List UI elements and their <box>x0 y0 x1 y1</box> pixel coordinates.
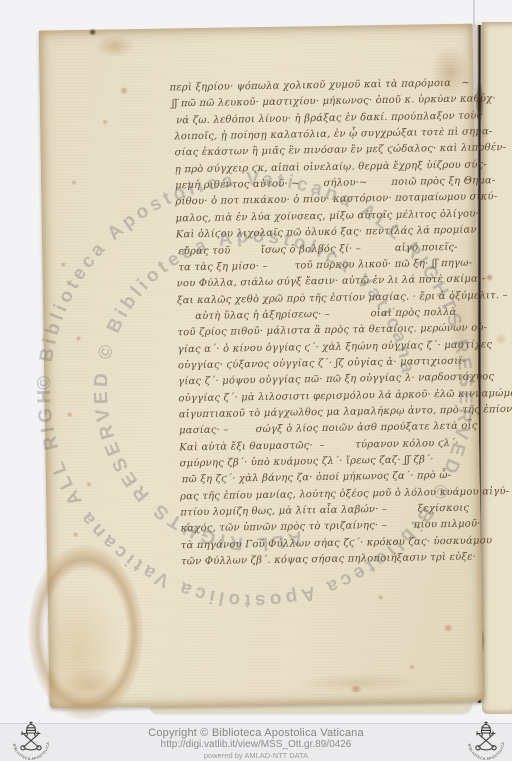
manuscript-line: λοιποῖς, ᾐ ποίησῃ καλατόλια, ἐν ᾧ συγχρώ… <box>174 127 492 142</box>
papal-tiara-icon <box>27 722 36 738</box>
water-stain-ring <box>27 544 145 721</box>
page-separation-line <box>473 0 475 27</box>
manuscript-line: αὐτὴ ὕλας ἡ ἀξηρίσεως· – οἰαὶ πρὸς πολλὰ <box>195 308 457 322</box>
manuscript-line: Καὶ αὐτὰ ἔξι θαυμαστῶς· – τύρανον κόλου … <box>179 439 459 453</box>
manuscript-line: καχός, τῶν ὑπνῶν πρὸς τὸ τριζαίνης· – πί… <box>181 520 481 535</box>
water-stain <box>35 584 122 720</box>
foxing-spot <box>120 87 129 94</box>
manuscript-line: νά ζω. λεθόποι λίνου· ἡ βράξας ἐν δακί. … <box>176 111 482 126</box>
foxing-spot <box>378 595 384 600</box>
manuscript-line: πτίου λομίζη θως, μὰ λίτι αἷα λαβών· – ξ… <box>180 504 469 519</box>
footer-copyright-text: Copyright © Biblioteca Apostolica Vatica… <box>0 727 512 739</box>
crossed-keys-icon <box>476 732 496 750</box>
ink-blot <box>89 29 97 36</box>
foxing-spot <box>102 119 108 124</box>
manuscript-line: περὶ ξηρίου· ψόπωλα χολικοῦ χυμοῦ καὶ τὰ… <box>169 79 470 94</box>
foxing-spot <box>349 685 363 692</box>
stain <box>95 35 135 58</box>
greek-text-block: περὶ ξηρίου· ψόπωλα χολικοῦ χυμοῦ καὶ τὰ… <box>39 24 473 31</box>
manuscript-page: περὶ ξηρίου· ψόπωλα χολικοῦ χυμοῦ καὶ τὰ… <box>39 24 484 709</box>
papal-tiara-icon <box>482 722 491 738</box>
stain <box>299 673 419 693</box>
vatican-library-stamp-left: BIBLIOTECA APOSTOLICA VATICANA <box>9 721 53 761</box>
manuscript-line: εὔρας τοῦ ἴσως ὁ βολβός ξί· – αἰγό ποιεῖ… <box>178 242 458 256</box>
manuscript-line: μασίας· – σώγξ ὁ λίος ποιῶν ἀσθ προύξατε… <box>179 422 478 437</box>
manuscript-line: οὐγγίας ζ΄· μὰ λιλοσιστι φερισμόλου λά ἀ… <box>178 388 512 404</box>
manuscript-line: σμύρνης ζβ΄· ὑπὸ κυάμους ζλ΄· ἴρεως ζαζ·… <box>179 455 433 469</box>
foxing-spot <box>75 336 81 341</box>
manuscript-line: γίας ζ΄· μόψου οὐγγίας πῶ· πῶ ξη οὐγγίας… <box>178 373 494 388</box>
manuscript-line: σίας ἑκάστων ἢ μιᾶς ἓν πινόσαν ἓν μεζ ϛώ… <box>175 143 507 158</box>
manuscript-line: αἰγυπτιακοῦ τὸ μάγχωλθος μα λαμαλήκρῳ ἀν… <box>179 405 512 420</box>
manuscript-line: ρίθου· ὁ ποτ πικάκου· ὁ πίου· καστόριον·… <box>175 193 497 208</box>
foxing-spot <box>443 624 453 632</box>
stain <box>431 46 470 99</box>
stain <box>494 334 508 344</box>
footer-powered-by: powered by AMLAD·NTT DATA <box>0 751 512 760</box>
foxing-spot <box>71 180 77 185</box>
manuscript-line: πῶ ξη ζϛ΄· χὰλ βάνης ζα· ὀποί μήκωνος ζα… <box>182 471 452 485</box>
manuscript-line: ρας τῆς ἐπίου μανίας, λούτης ὀξέος μοῦ ὁ… <box>180 487 509 502</box>
foxing-spot <box>73 532 79 537</box>
foxing-spot <box>60 262 66 267</box>
digitized-manuscript-viewer-image: περὶ ξηρίου· ψόπωλα χολικοῦ χυμοῦ καὶ τὰ… <box>0 0 512 761</box>
manuscript-line: τῶν Φύλλων ζβ΄. κόψας σήσας πηλοποιήξασι… <box>181 553 476 568</box>
manuscript-line: ʃʃ πῶ πῶ λευκοῦ· μαστιχίου· μήκωνος· ὀπο… <box>172 95 496 110</box>
stain <box>485 274 494 281</box>
foxing-spot <box>86 482 92 487</box>
svg-text:BIBLIOTECA APOSTOLICA VATICANA: BIBLIOTECA APOSTOLICA VATICANA <box>464 721 505 761</box>
manuscript-line: τὰ πηγάνου Γοῦ Φύλλων σήας ζϛ΄· κρόκου ζ… <box>181 536 492 551</box>
manuscript-line: ξαι καλῶς χεθὸ χρῶ πρὸ τῆς ἐστίον μασίας… <box>177 291 508 306</box>
manuscript-line: νου Φύλλα, σιάλω σύγξ ἔασιν· αὐτῷ ἐν λι … <box>177 275 486 290</box>
manuscript-line: γίας α΄· ὁ κίνου ὀγγίας ϛ΄· χὰλ ξηώνη οὐ… <box>178 340 493 355</box>
manuscript-line: μαλος, πιὰ ἐν λύα χοίνσεας, μίξω αὐτοῖς … <box>176 209 479 224</box>
svg-text:BIBLIOTECA APOSTOLICA VATICANA: BIBLIOTECA APOSTOLICA VATICANA <box>9 721 50 761</box>
manuscript-line: ῃ πρὸ σύγχειρ ϛκ, αἰπαὶ οἰνελαίῳ. θερμὰ … <box>175 160 487 175</box>
footer-url: http://digi.vatlib.it/view/MSS_Ott.gr.89… <box>0 739 512 750</box>
manuscript-line: μεμὴ ριθέντος αὐτοῦ· ~ σήλου·~ ποιῶ πρὸς… <box>175 176 496 191</box>
manuscript-line: τα τὰς ξη μίσο· – τοῦ πύρκου λικοῦ· πῶ ξ… <box>178 258 472 273</box>
manuscript-line: οὐγγίας· ϛύξανος οὐγγίας ζ΄· ʃζ οὐγίας ἀ… <box>178 357 466 372</box>
manuscript-line: τοῦ ζρίος πιθοῦ· μάλιστα ἃ πρὸς τὰ θεταί… <box>177 324 487 339</box>
foxing-spot <box>67 412 73 417</box>
vatican-library-stamp-right: BIBLIOTECA APOSTOLICA VATICANA <box>464 721 508 761</box>
crossed-keys-icon <box>21 732 41 750</box>
foxing-spot <box>409 665 415 670</box>
stain <box>57 667 122 704</box>
manuscript-line: Καὶ ὀλίϛου λιχολαῖς πῶ ὀλυκό ξας· πεντίλ… <box>176 226 477 241</box>
footer-copyright-bar: Copyright © Biblioteca Apostolica Vatica… <box>0 723 512 761</box>
